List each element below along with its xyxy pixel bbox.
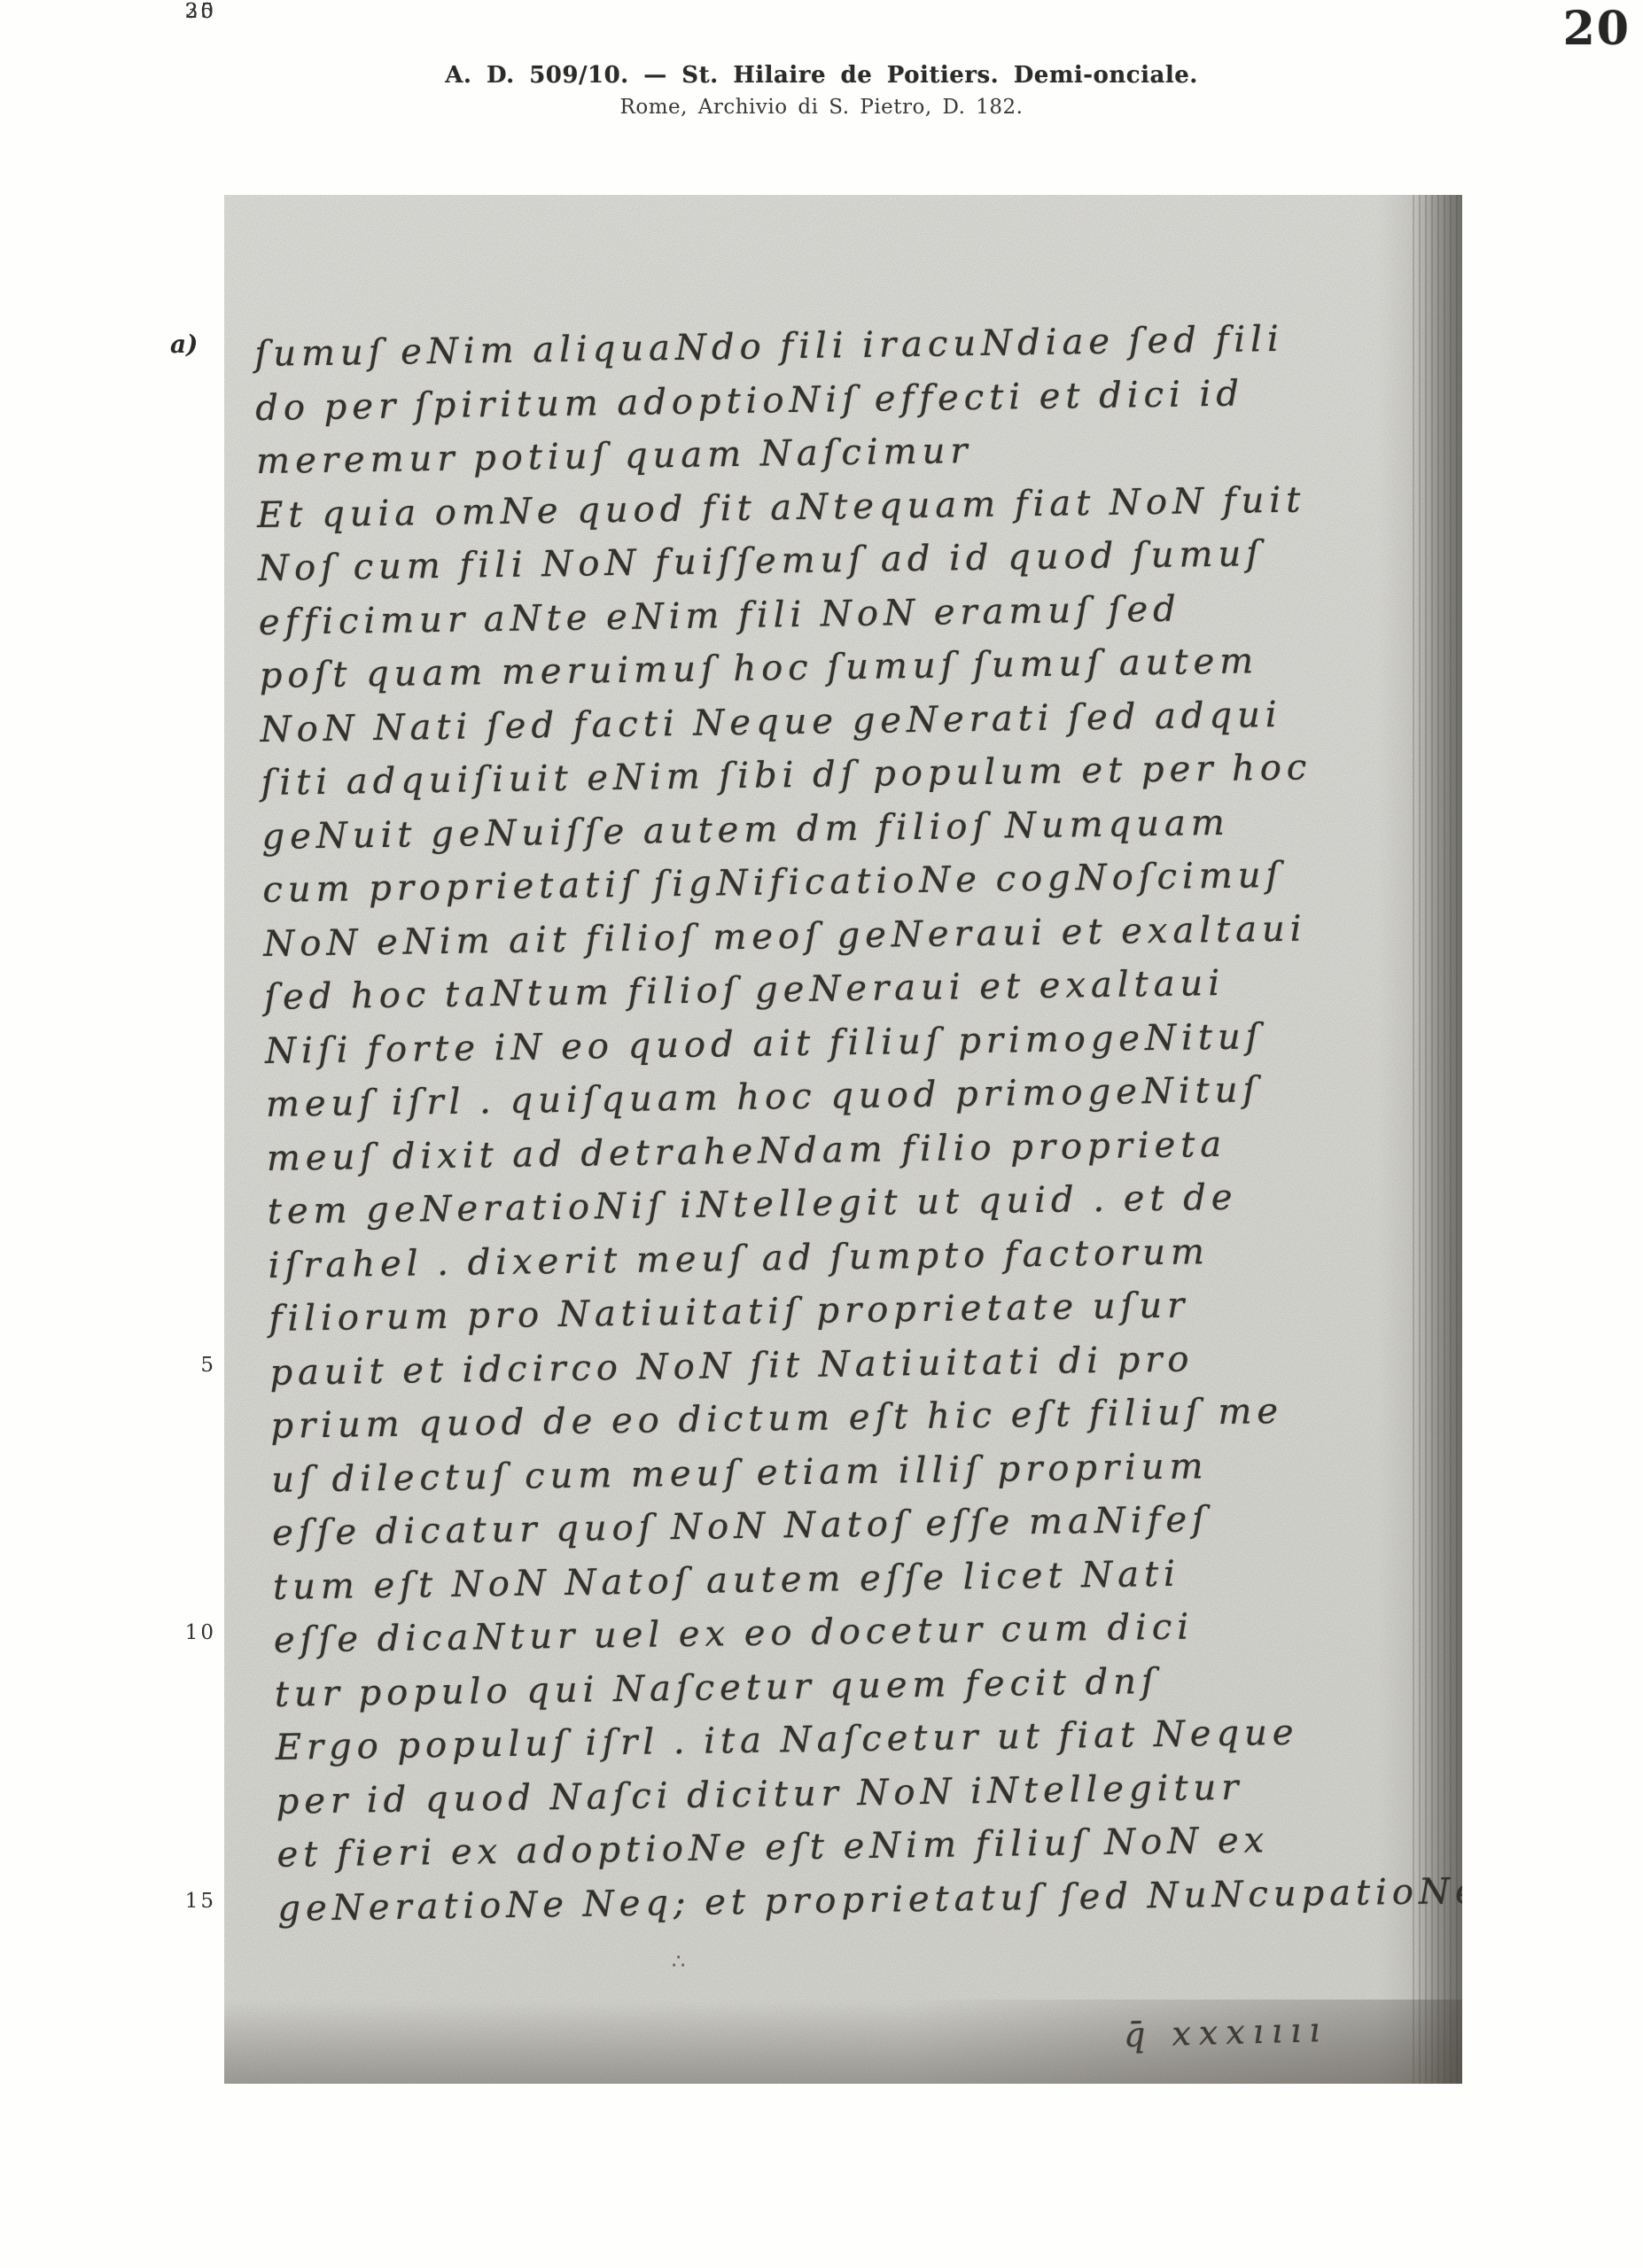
photo-bottom-edge-shadow <box>224 2000 1462 2084</box>
caption: A. D. 509/10. — St. Hilaire de Poitiers.… <box>0 62 1643 119</box>
margin-line-number-10: 10 <box>168 1621 216 1644</box>
photo-right-edge-shadow <box>1413 195 1462 2084</box>
caption-title: A. D. 509/10. — St. Hilaire de Poitiers.… <box>0 62 1643 89</box>
plate-number: 20 <box>1563 2 1631 56</box>
manuscript-text-block: ſumuſ eNim aliquaNdo fili iracuNdiae ſed… <box>254 310 1452 1935</box>
scribal-punct-mark: ∴ <box>672 1949 688 1974</box>
caption-source: Rome, Archivio di S. Pietro, D. 182. <box>0 96 1643 119</box>
column-label: a) <box>170 330 198 359</box>
plate-page: 20 A. D. 509/10. — St. Hilaire de Poitie… <box>0 0 1643 2268</box>
margin-line-number-5: 5 <box>168 1354 216 1377</box>
margin-line-number-30: 30 <box>168 0 216 23</box>
manuscript-photo: ſumuſ eNim aliquaNdo fili iracuNdiae ſed… <box>224 195 1462 2084</box>
margin-line-number-15: 15 <box>168 1890 216 1913</box>
